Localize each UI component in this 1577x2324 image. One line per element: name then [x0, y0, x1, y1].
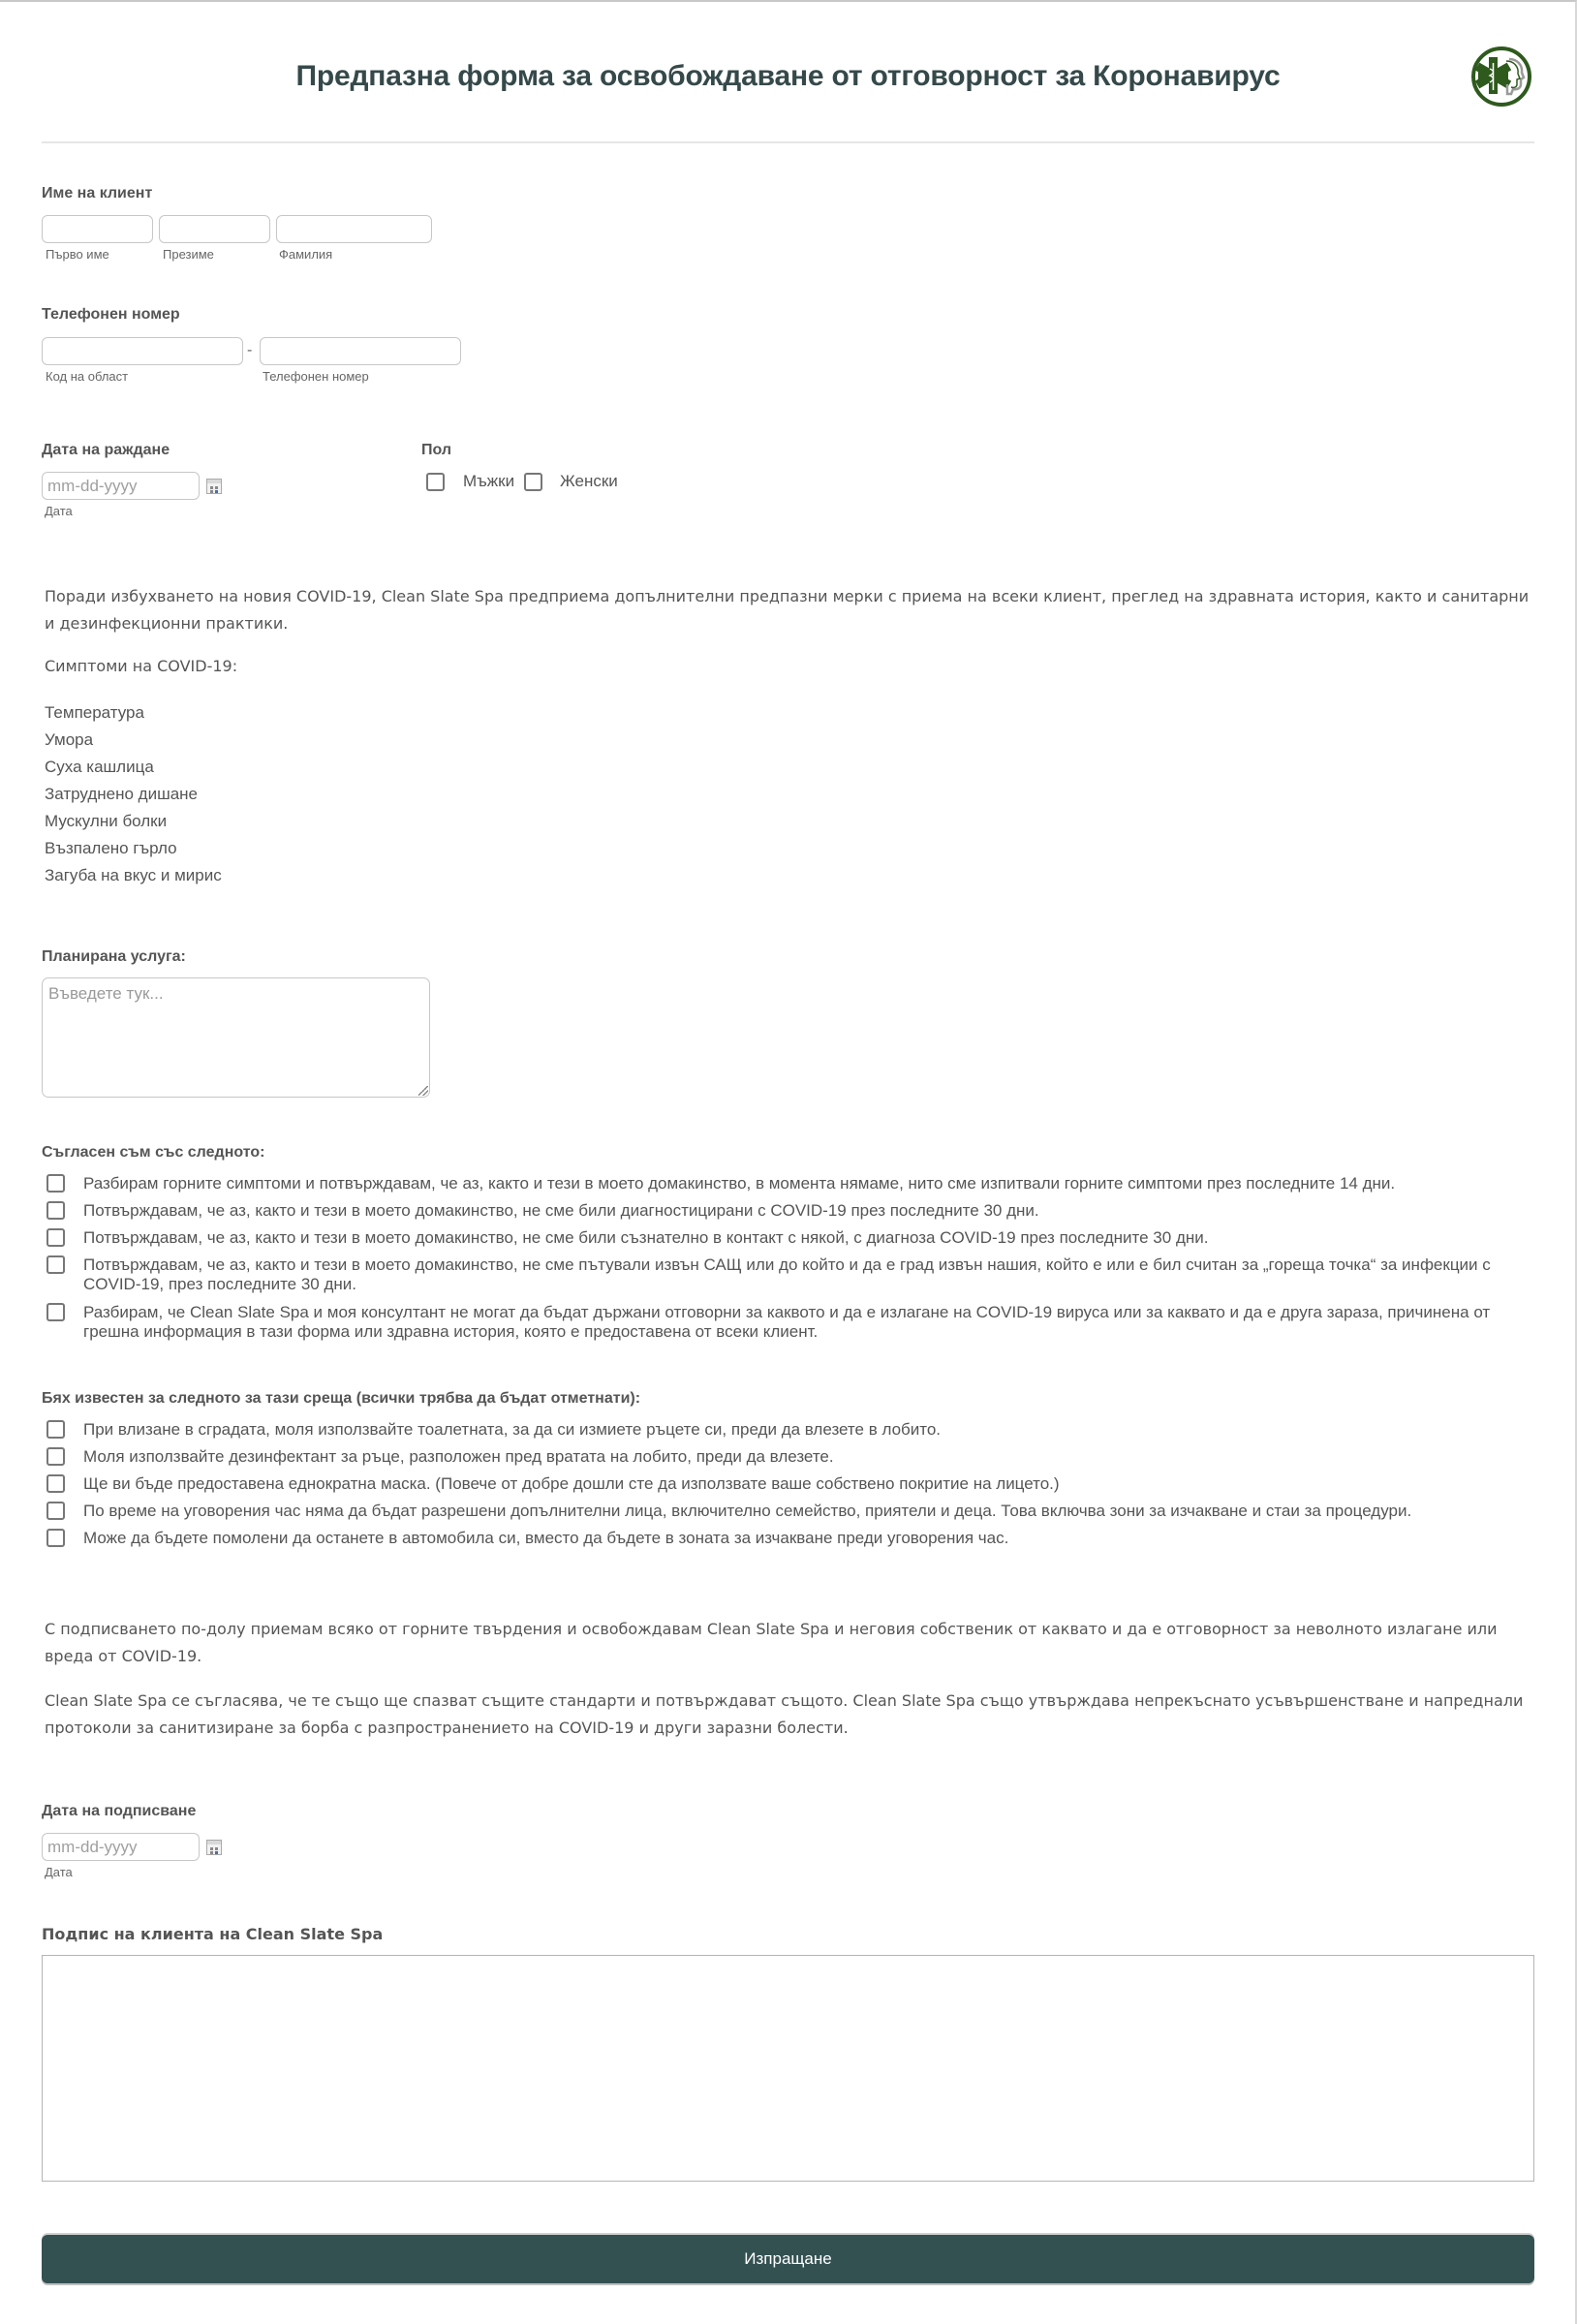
middle-name-input[interactable]: [159, 215, 270, 243]
release-paragraph-1: С подписването по-долу приемам всяко от …: [45, 1616, 1536, 1670]
agreement-text-5[interactable]: Разбирам, че Clean Slate Spa и моя консу…: [83, 1303, 1536, 1342]
first-name-input[interactable]: [42, 215, 153, 243]
resize-handle-icon[interactable]: [418, 1086, 428, 1096]
gender-label: Пол: [421, 442, 451, 459]
gender-female-label[interactable]: Женски: [560, 472, 618, 491]
signing-date-sublabel: Дата: [45, 1865, 73, 1879]
symptom-item: Мускулни болки: [45, 808, 222, 835]
birth-date-input[interactable]: [42, 472, 200, 500]
phone-number-sublabel: Телефонен номер: [263, 369, 369, 384]
agreement-checkbox-5[interactable]: [46, 1303, 65, 1321]
informed-text-1[interactable]: При влизане в сградата, моля използвайте…: [83, 1420, 1536, 1440]
submit-button[interactable]: Изпращане: [42, 2235, 1534, 2283]
agreement-text-4[interactable]: Потвърждавам, че аз, както и тези в моет…: [83, 1255, 1536, 1294]
calendar-icon[interactable]: [206, 479, 222, 494]
informed-text-5[interactable]: Може да бъдете помолени да останете в ав…: [83, 1529, 1536, 1548]
agreement-text-1[interactable]: Разбирам горните симптоми и потвърждавам…: [83, 1174, 1536, 1193]
informed-checkbox-2[interactable]: [46, 1447, 65, 1466]
form-header: Предпазна форма за освобождаване от отго…: [42, 2, 1534, 143]
agreement-checkbox-3[interactable]: [46, 1228, 65, 1247]
signature-pad[interactable]: [42, 1955, 1534, 2182]
birth-date-label: Дата на раждане: [42, 442, 170, 459]
phone-label: Телефонен номер: [42, 306, 180, 324]
client-name-label: Име на клиент: [42, 185, 152, 202]
agreement-checkbox-2[interactable]: [46, 1201, 65, 1220]
symptom-item: Температура: [45, 699, 222, 727]
gender-female-checkbox[interactable]: [524, 473, 542, 491]
area-code-input[interactable]: [42, 337, 243, 365]
symptom-item: Загуба на вкус и мирис: [45, 862, 222, 889]
medical-logo-icon: [1470, 46, 1532, 108]
signature-label: Подпис на клиента на Clean Slate Spa: [42, 1925, 383, 1943]
service-textarea[interactable]: [42, 977, 430, 1098]
middle-name-sublabel: Презиме: [163, 247, 214, 262]
calendar-icon[interactable]: [206, 1840, 222, 1855]
birth-date-sublabel: Дата: [45, 504, 73, 518]
agreement-text-3[interactable]: Потвърждавам, че аз, както и тези в моет…: [83, 1228, 1536, 1248]
phone-number-input[interactable]: [260, 337, 461, 365]
symptoms-list: Температура Умора Суха кашлица Затруднен…: [45, 699, 222, 889]
last-name-input[interactable]: [276, 215, 432, 243]
informed-text-3[interactable]: Ще ви бъде предоставена еднократна маска…: [83, 1474, 1536, 1494]
informed-checkbox-1[interactable]: [46, 1420, 65, 1439]
gender-male-label[interactable]: Мъжки: [463, 472, 514, 491]
informed-checkbox-5[interactable]: [46, 1529, 65, 1547]
last-name-sublabel: Фамилия: [279, 247, 332, 262]
symptom-item: Затруднено дишане: [45, 781, 222, 808]
area-code-sublabel: Код на област: [46, 369, 128, 384]
informed-label: Бях известен за следното за тази среща (…: [42, 1390, 640, 1408]
agreement-checkbox-1[interactable]: [46, 1174, 65, 1193]
covid-intro-text: Поради избухването на новия COVID-19, Cl…: [45, 583, 1536, 637]
symptom-item: Възпалено гърло: [45, 835, 222, 862]
form-title: Предпазна форма за освобождаване от отго…: [42, 60, 1534, 93]
signing-date-input[interactable]: [42, 1833, 200, 1861]
phone-separator: -: [247, 342, 252, 359]
informed-text-2[interactable]: Моля използвайте дезинфектант за ръце, р…: [83, 1447, 1536, 1467]
agreement-checkbox-4[interactable]: [46, 1255, 65, 1274]
release-paragraph-2: Clean Slate Spa се съгласява, че те също…: [45, 1688, 1536, 1742]
symptom-item: Суха кашлица: [45, 754, 222, 781]
service-label: Планирана услуга:: [42, 948, 186, 966]
agreement-label: Съгласен съм със следното:: [42, 1144, 264, 1162]
symptom-item: Умора: [45, 727, 222, 754]
informed-text-4[interactable]: По време на уговорения час няма да бъдат…: [83, 1502, 1536, 1521]
agreement-text-2[interactable]: Потвърждавам, че аз, както и тези в моет…: [83, 1201, 1536, 1221]
first-name-sublabel: Първо име: [46, 247, 109, 262]
informed-checkbox-3[interactable]: [46, 1474, 65, 1493]
symptoms-heading: Симптоми на COVID-19:: [45, 653, 1536, 680]
signing-date-label: Дата на подписване: [42, 1803, 196, 1820]
gender-male-checkbox[interactable]: [426, 473, 445, 491]
informed-checkbox-4[interactable]: [46, 1502, 65, 1520]
